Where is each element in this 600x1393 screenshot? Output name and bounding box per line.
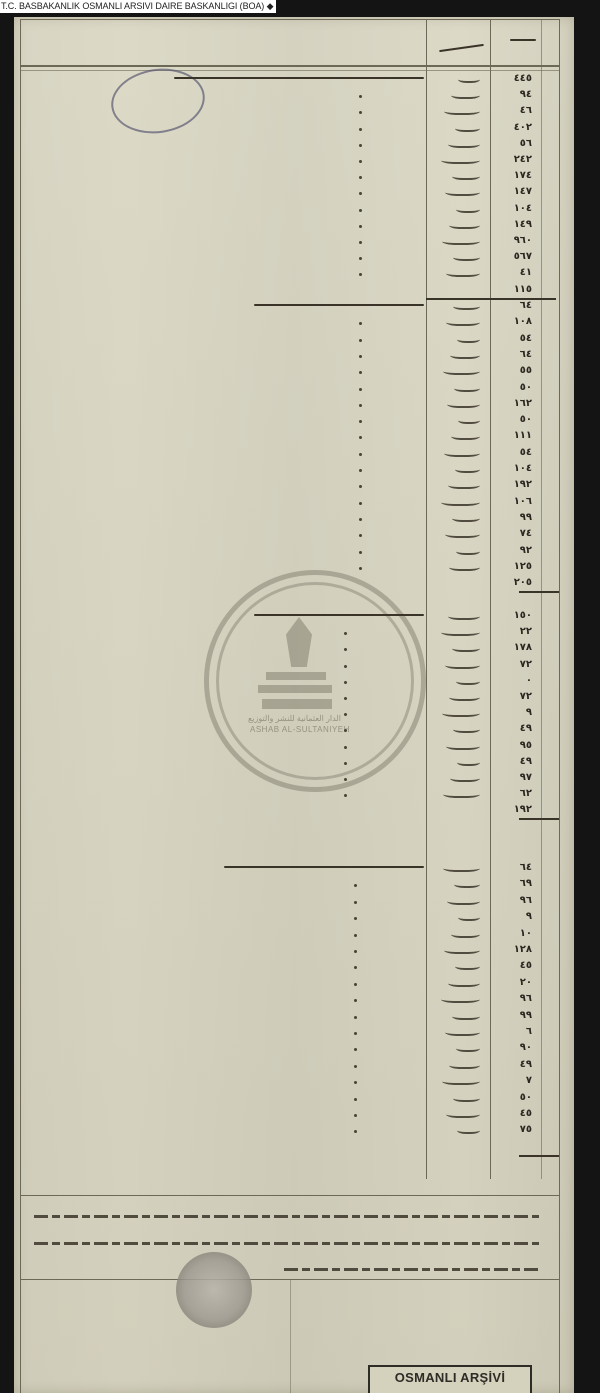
row-value: ٩٤: [520, 89, 532, 100]
row-label-handwritten: [441, 994, 480, 1003]
row-label-handwritten: [449, 220, 480, 229]
total-underline: [426, 298, 556, 300]
row-label-handwritten: [442, 1076, 480, 1085]
ditto-mark: [354, 1098, 357, 1101]
archive-stamp: OSMANLI ARŞİVİ: [368, 1365, 532, 1393]
ditto-mark: [359, 225, 362, 228]
ditto-mark: [359, 469, 362, 472]
row-value: ٤٠٢: [514, 122, 532, 133]
row-label-handwritten: [455, 961, 480, 970]
row-label-handwritten: [447, 399, 480, 408]
row-value: ١٠٨: [514, 316, 532, 327]
row-label-handwritten: [458, 74, 480, 83]
row-value: ٠: [526, 675, 532, 686]
row-label-handwritten: [443, 366, 480, 375]
watermark-book-1: [266, 672, 326, 680]
row-value: ١٠٤: [514, 203, 532, 214]
row-value: ١٦٢: [514, 398, 532, 409]
row-label-handwritten: [458, 912, 480, 921]
ditto-mark: [359, 420, 362, 423]
row-label-handwritten: [442, 236, 480, 245]
row-label-handwritten: [448, 611, 480, 620]
row-label-handwritten: [443, 863, 480, 872]
row-value: ١٥٠: [514, 610, 532, 621]
row-label-handwritten: [446, 741, 480, 750]
row-value: ٤٩: [520, 723, 532, 734]
row-value: ٩٥: [520, 740, 532, 751]
ditto-mark: [354, 950, 357, 953]
row-value: ١٤٧: [514, 186, 532, 197]
row-label-handwritten: [448, 480, 480, 489]
row-label-handwritten: [453, 301, 480, 310]
ditto-mark: [359, 192, 362, 195]
closing-text-line-2: [34, 1242, 539, 1245]
row-label-handwritten: [445, 529, 480, 538]
row-value: ٤٩: [520, 1059, 532, 1070]
row-value: ١٢٥: [514, 561, 532, 572]
row-label-handwritten: [452, 1011, 480, 1020]
row-label-handwritten: [451, 929, 480, 938]
ditto-mark: [359, 273, 362, 276]
group-total: ٢٠٥: [514, 577, 532, 588]
ditto-mark: [354, 1016, 357, 1019]
group-heading: [254, 614, 424, 616]
row-value: ٤٦: [520, 105, 532, 116]
row-value: ٢٢: [520, 626, 532, 637]
frame-right: [559, 19, 560, 1393]
row-label-handwritten: [444, 448, 480, 457]
row-value: ٥٤: [520, 333, 532, 344]
row-value: ٩٦٠: [514, 235, 532, 246]
ditto-mark: [354, 983, 357, 986]
ditto-mark: [359, 551, 362, 554]
total-underline: [519, 591, 559, 593]
header-rule-2: [20, 70, 560, 71]
ditto-mark: [354, 1065, 357, 1068]
watermark-latin: ASHAB AL-SULTANIYEH: [250, 725, 350, 734]
ditto-mark: [359, 355, 362, 358]
row-value: ٥٠: [520, 414, 532, 425]
column-header-1: [439, 44, 484, 52]
ditto-mark: [344, 762, 347, 765]
ditto-mark: [354, 917, 357, 920]
row-value: ٩٦: [520, 895, 532, 906]
ditto-mark: [359, 534, 362, 537]
ditto-mark: [359, 176, 362, 179]
bottom-divider: [290, 1279, 291, 1393]
row-label-handwritten: [456, 1043, 480, 1052]
ditto-mark: [359, 160, 362, 163]
row-value: ١٠: [520, 928, 532, 939]
row-label-handwritten: [448, 139, 480, 148]
row-label-handwritten: [449, 1060, 480, 1069]
ditto-mark: [359, 371, 362, 374]
oval-seal: [107, 63, 209, 139]
row-value: ٥٦٧: [514, 251, 532, 262]
row-label-handwritten: [441, 627, 480, 636]
ditto-mark: [359, 339, 362, 342]
row-value: ٤٩: [520, 756, 532, 767]
closing-text-line-3: [284, 1268, 539, 1271]
row-value: ٧٥: [520, 1124, 532, 1135]
row-label-handwritten: [451, 431, 480, 440]
ditto-mark: [359, 257, 362, 260]
row-label-handwritten: [453, 252, 480, 261]
row-label-handwritten: [443, 789, 480, 798]
ditto-mark: [359, 128, 362, 131]
row-label-handwritten: [455, 464, 480, 473]
row-value: ٤٤٥: [514, 73, 532, 84]
row-value: ٥٠: [520, 1092, 532, 1103]
ditto-mark: [344, 794, 347, 797]
row-label-handwritten: [441, 497, 480, 506]
row-value: ٩٠: [520, 1042, 532, 1053]
row-label-handwritten: [453, 724, 480, 733]
column-rule-2: [490, 19, 491, 1179]
row-label-handwritten: [452, 171, 480, 180]
row-value: ٩٧: [520, 772, 532, 783]
row-value: ١٤٩: [514, 219, 532, 230]
ditto-mark: [359, 567, 362, 570]
row-label-handwritten: [449, 692, 480, 701]
row-label-handwritten: [456, 204, 480, 213]
row-label-handwritten: [445, 187, 480, 196]
row-value: ٥٦: [520, 138, 532, 149]
row-value: ١٠٤: [514, 463, 532, 474]
ditto-mark: [344, 778, 347, 781]
row-value: ٥٠: [520, 382, 532, 393]
row-value: ٧٤: [520, 528, 532, 539]
ditto-mark: [354, 999, 357, 1002]
row-label-handwritten: [444, 106, 480, 115]
ditto-mark: [359, 241, 362, 244]
row-value: ٢٠: [520, 977, 532, 988]
ditto-mark: [354, 966, 357, 969]
ditto-mark: [359, 209, 362, 212]
frame-top: [20, 19, 560, 20]
ditto-mark: [354, 884, 357, 887]
header-rule: [20, 65, 560, 67]
row-label-handwritten: [445, 660, 480, 669]
row-value: ٤٥: [520, 960, 532, 971]
row-label-handwritten: [446, 268, 480, 277]
column-header-2: [510, 39, 536, 41]
row-value: ٦٤: [520, 349, 532, 360]
row-value: ٦: [526, 1026, 532, 1037]
ditto-mark: [359, 436, 362, 439]
row-value: ١٧٨: [514, 642, 532, 653]
ditto-mark: [354, 901, 357, 904]
row-value: ٩٩: [520, 512, 532, 523]
row-label-handwritten: [450, 773, 480, 782]
row-value: ٥٤: [520, 447, 532, 458]
row-value: ٩: [526, 911, 532, 922]
row-value: ٤١: [520, 267, 532, 278]
watermark-book-3: [262, 699, 332, 709]
total-underline: [519, 818, 559, 820]
ditto-mark: [354, 1114, 357, 1117]
ditto-mark: [344, 746, 347, 749]
row-value: ٥٥: [520, 365, 532, 376]
ditto-mark: [359, 111, 362, 114]
total-underline: [519, 1155, 559, 1157]
ditto-mark: [359, 144, 362, 147]
row-label-handwritten: [442, 708, 480, 717]
ditto-mark: [354, 1130, 357, 1133]
group-total: ١١٥: [514, 284, 532, 295]
row-label-handwritten: [445, 1027, 480, 1036]
ditto-mark: [344, 665, 347, 668]
row-label-handwritten: [450, 350, 480, 359]
ditto-mark: [359, 518, 362, 521]
ditto-mark: [354, 1048, 357, 1051]
ditto-mark: [354, 1032, 357, 1035]
row-value: ١١١: [514, 430, 532, 441]
row-label-handwritten: [454, 879, 480, 888]
row-value: ١٢٨: [514, 944, 532, 955]
row-value: ٩: [526, 707, 532, 718]
row-value: ٩٩: [520, 1010, 532, 1021]
watermark-book-2: [258, 685, 332, 693]
row-value: ١٧٤: [514, 170, 532, 181]
row-value: ٩٦: [520, 993, 532, 1004]
ditto-mark: [359, 388, 362, 391]
group-total: ١٩٢: [514, 804, 532, 815]
column-rule-3: [541, 19, 542, 1179]
row-label-handwritten: [444, 945, 480, 954]
round-seal: [176, 1252, 252, 1328]
row-value: ٩٢: [520, 545, 532, 556]
row-label-handwritten: [441, 155, 480, 164]
row-label-handwritten: [453, 1093, 480, 1102]
watermark-seal: [204, 570, 426, 792]
group-heading: [224, 866, 424, 868]
ditto-mark: [359, 404, 362, 407]
row-label-handwritten: [452, 513, 480, 522]
archive-stamp-label: OSMANLI ARŞİVİ: [370, 1367, 530, 1389]
row-value: ٢٤٢: [514, 154, 532, 165]
ditto-mark: [344, 681, 347, 684]
ditto-mark: [359, 453, 362, 456]
archive-caption: T.C. BASBAKANLIK OSMANLI ARSIVI DAIRE BA…: [0, 0, 276, 13]
row-label-handwritten: [446, 1109, 480, 1118]
row-label-handwritten: [448, 978, 480, 987]
column-rule-1: [426, 19, 427, 1179]
row-label-handwritten: [451, 90, 480, 99]
group-heading: [174, 77, 424, 79]
group-heading: [254, 304, 424, 306]
ditto-mark: [359, 502, 362, 505]
row-value: ٦٢: [520, 788, 532, 799]
row-value: ٦٩: [520, 878, 532, 889]
row-label-handwritten: [454, 383, 480, 392]
ditto-mark: [359, 95, 362, 98]
row-label-handwritten: [457, 334, 480, 343]
row-label-handwritten: [457, 757, 480, 766]
frame-left: [20, 19, 21, 1393]
row-label-handwritten: [456, 546, 480, 555]
document-page: الدار العثمانية للنشر والتوزيع ASHAB AL-…: [14, 17, 574, 1393]
ditto-mark: [354, 934, 357, 937]
watermark-arabic: الدار العثمانية للنشر والتوزيع: [248, 714, 341, 723]
row-label-handwritten: [455, 123, 480, 132]
row-label-handwritten: [456, 676, 480, 685]
row-label-handwritten: [457, 1125, 480, 1134]
ditto-mark: [344, 697, 347, 700]
row-label-handwritten: [447, 896, 480, 905]
row-value: ٦٤: [520, 300, 532, 311]
ditto-mark: [359, 322, 362, 325]
row-label-handwritten: [458, 415, 480, 424]
row-value: ٧: [526, 1075, 532, 1086]
row-value: ٧٢: [520, 691, 532, 702]
row-label-handwritten: [449, 562, 480, 571]
ditto-mark: [359, 485, 362, 488]
row-value: ٤٥: [520, 1108, 532, 1119]
row-value: ١٩٢: [514, 479, 532, 490]
row-value: ٦٤: [520, 862, 532, 873]
ditto-mark: [354, 1081, 357, 1084]
row-label-handwritten: [452, 643, 480, 652]
row-label-handwritten: [446, 317, 480, 326]
closing-text-line-1: [34, 1215, 539, 1218]
closing-rule-top: [20, 1195, 560, 1196]
row-value: ١٠٦: [514, 496, 532, 507]
row-value: ٧٢: [520, 659, 532, 670]
